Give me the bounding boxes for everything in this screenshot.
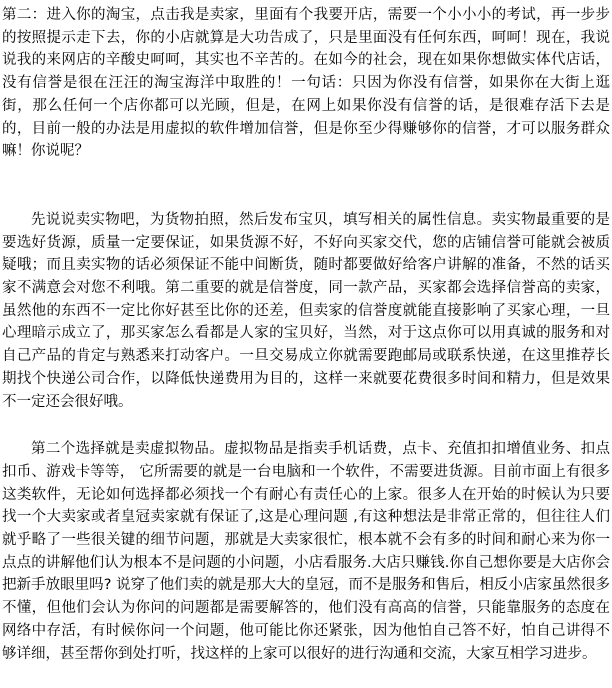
paragraph-taobao-shop-setup: 第二：进入你的淘宝，点击我是卖家，里面有个我要开店，需要一个小小小的考试，再一步… xyxy=(2,4,610,163)
paragraph-selling-virtual-goods: 第二个选择就是卖虚拟物品。虚拟物品是指卖手机话费，点卡、充值扣扣增值业务、扣点扣… xyxy=(2,438,610,665)
document-page: 第二：进入你的淘宝，点击我是卖家，里面有个我要开店，需要一个小小小的考试，再一步… xyxy=(0,0,612,688)
paragraph-selling-physical-goods: 先说说卖实物吧，为货物拍照，然后发布宝贝，填写相关的属性信息。卖实物最重要的是要… xyxy=(2,209,610,413)
